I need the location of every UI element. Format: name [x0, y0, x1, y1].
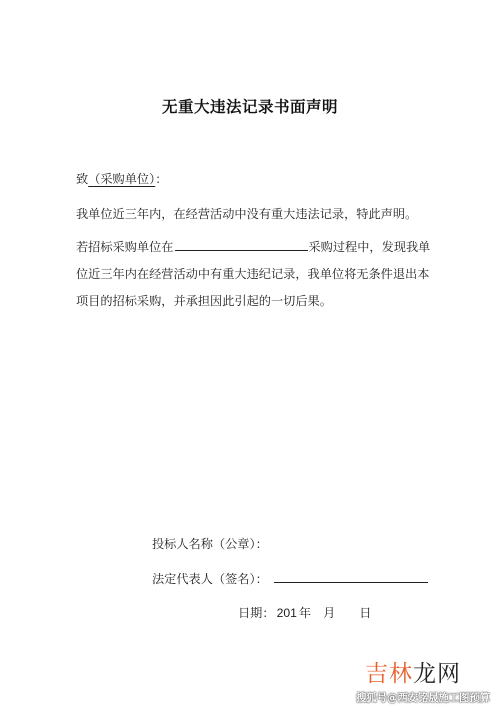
- paragraph-condition-line1: 若招标采购单位在采购过程中，发现我单: [76, 238, 430, 255]
- date-day-unit: 日: [359, 606, 371, 620]
- paragraph-condition-line2: 位近三年内在经营活动中有重大违纪记录，我单位将无条件退出本: [76, 265, 429, 282]
- representative-label: 法定代表人（签名）：: [152, 572, 268, 586]
- bidder-name-label: 投标人名称（公章）：: [152, 535, 268, 552]
- date-year-unit: 年: [299, 606, 311, 620]
- document-title: 无重大违法记录书面声明: [0, 95, 500, 117]
- condition-text-after: 采购过程中，发现我单: [309, 240, 431, 254]
- watermark-logo-part1: 吉林: [365, 661, 413, 687]
- salutation: 致（采购单位）：: [76, 170, 167, 187]
- representative-row: 法定代表人（签名）：: [152, 570, 428, 587]
- document-page: 无重大违法记录书面声明 致（采购单位）： 我单位近三年内，在经营活动中没有重大违…: [0, 0, 500, 707]
- date-year-value: 201: [277, 606, 297, 620]
- project-name-blank: [175, 238, 308, 251]
- watermark-logo: 吉林龙网: [365, 655, 461, 688]
- signature-blank: [274, 570, 428, 583]
- paragraph-declaration: 我单位近三年内，在经营活动中没有重大违法记录，特此声明。: [76, 205, 417, 222]
- paragraph-condition-line3: 项目的招标采购，并承担因此引起的一切后果。: [76, 292, 332, 309]
- salutation-prefix: 致: [76, 172, 88, 186]
- salutation-recipient: （采购单位）: [88, 172, 155, 186]
- watermark-logo-part2: 龙网: [413, 661, 461, 687]
- date-month-unit: 月: [323, 606, 335, 620]
- condition-text-before: 若招标采购单位在: [76, 240, 174, 254]
- date-label: 日期：: [238, 606, 275, 620]
- date-row: 日期：201年月日: [238, 604, 371, 621]
- watermark-source: 搜狐号@西安铭晟施工图预算: [356, 690, 490, 705]
- salutation-suffix: ：: [155, 172, 167, 186]
